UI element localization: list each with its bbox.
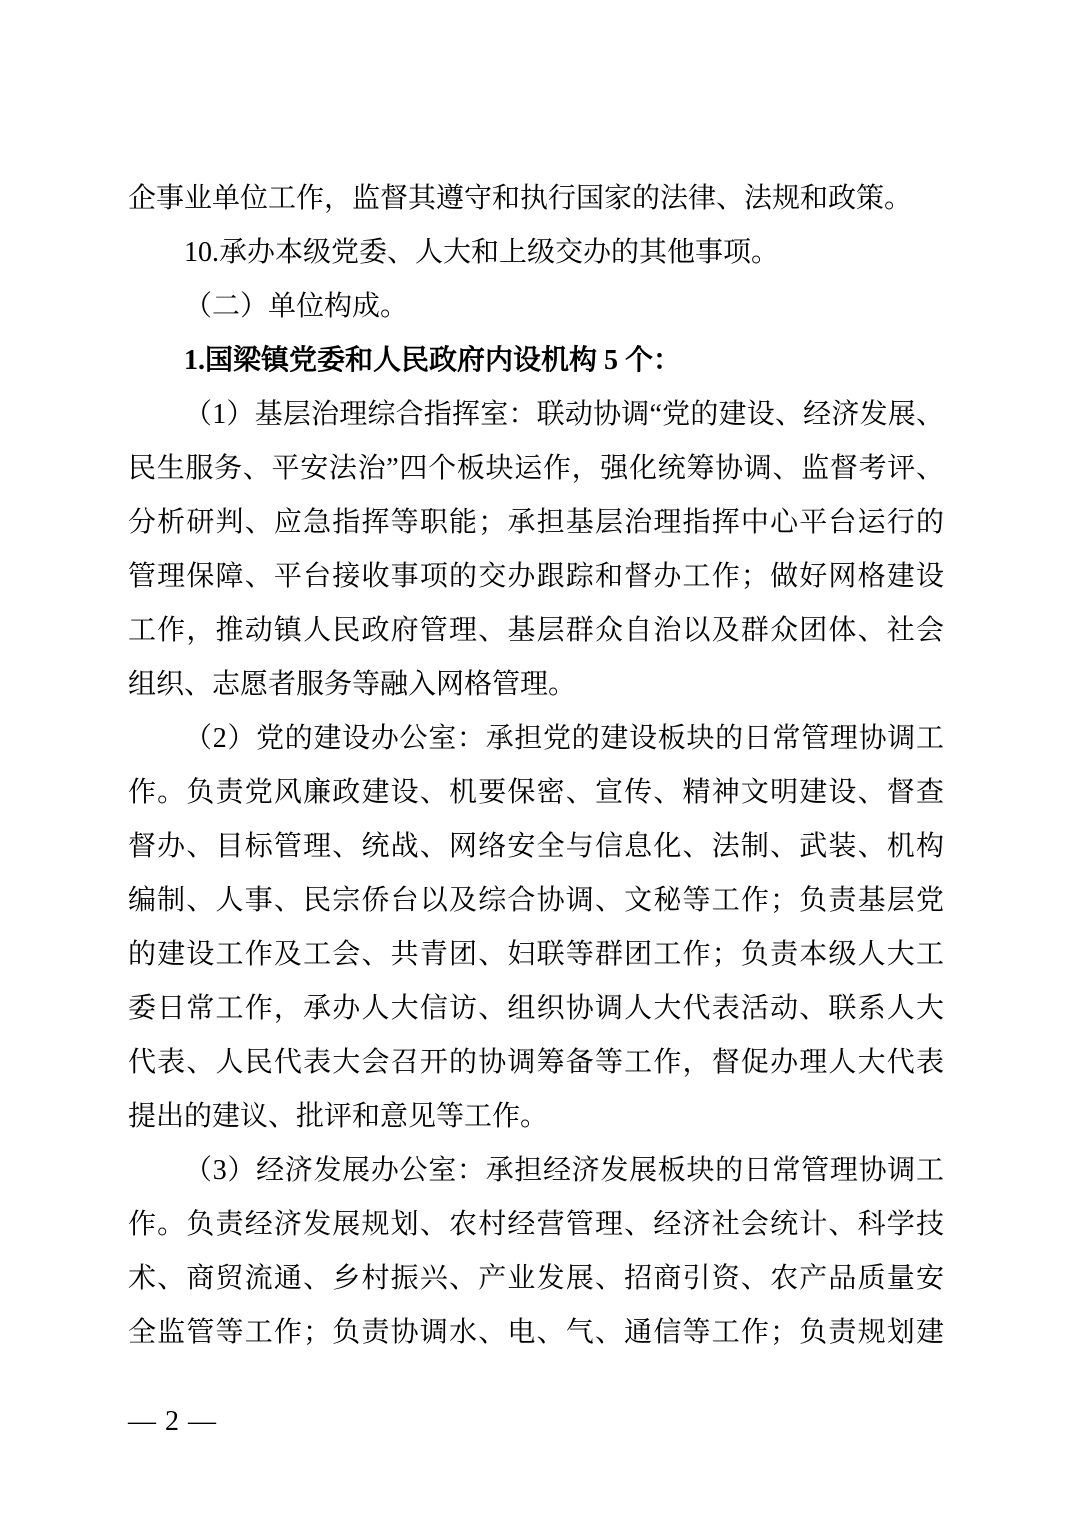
text-line: 10.承办本级党委、人大和上级交办的其他事项。 bbox=[128, 226, 944, 280]
text-line: 企事业单位工作，监督其遵守和执行国家的法律、法规和政策。 bbox=[128, 172, 944, 226]
text-line: 作。负责党风廉政建设、机要保密、宣传、精神文明建设、督查 bbox=[128, 766, 944, 820]
text-line: （1）基层治理综合指挥室：联动协调“党的建设、经济发展、 bbox=[128, 388, 944, 442]
text-line: 管理保障、平台接收事项的交办跟踪和督办工作；做好网格建设 bbox=[128, 550, 944, 604]
text-line: 作。负责经济发展规划、农村经营管理、经济社会统计、科学技 bbox=[128, 1198, 944, 1252]
text-line: 工作，推动镇人民政府管理、基层群众自治以及群众团体、社会 bbox=[128, 604, 944, 658]
text-line: 组织、志愿者服务等融入网格管理。 bbox=[128, 658, 944, 712]
text-line: 代表、人民代表大会召开的协调筹备等工作，督促办理人大代表 bbox=[128, 1036, 944, 1090]
text-line: （2）党的建设办公室：承担党的建设板块的日常管理协调工 bbox=[128, 712, 944, 766]
text-line: （3）经济发展办公室：承担经济发展板块的日常管理协调工 bbox=[128, 1144, 944, 1198]
text-line: 民生服务、平安法治”四个板块运作，强化统筹协调、监督考评、 bbox=[128, 442, 944, 496]
document-page-body: 企事业单位工作，监督其遵守和执行国家的法律、法规和政策。 10.承办本级党委、人… bbox=[128, 172, 944, 1360]
text-line: 提出的建议、批评和意见等工作。 bbox=[128, 1090, 944, 1144]
text-line: 委日常工作，承办人大信访、组织协调人大代表活动、联系人大 bbox=[128, 982, 944, 1036]
page-number: — 2 — bbox=[128, 1404, 217, 1440]
text-line: 全监管等工作；负责协调水、电、气、通信等工作；负责规划建 bbox=[128, 1306, 944, 1360]
text-line: 督办、目标管理、统战、网络安全与信息化、法制、武装、机构 bbox=[128, 820, 944, 874]
text-line: 的建设工作及工会、共青团、妇联等群团工作；负责本级人大工 bbox=[128, 928, 944, 982]
text-line: （二）单位构成。 bbox=[128, 280, 944, 334]
section-heading: 1.国梁镇党委和人民政府内设机构 5 个： bbox=[128, 334, 944, 388]
text-line: 分析研判、应急指挥等职能；承担基层治理指挥中心平台运行的 bbox=[128, 496, 944, 550]
text-line: 术、商贸流通、乡村振兴、产业发展、招商引资、农产品质量安 bbox=[128, 1252, 944, 1306]
text-line: 编制、人事、民宗侨台以及综合协调、文秘等工作；负责基层党 bbox=[128, 874, 944, 928]
